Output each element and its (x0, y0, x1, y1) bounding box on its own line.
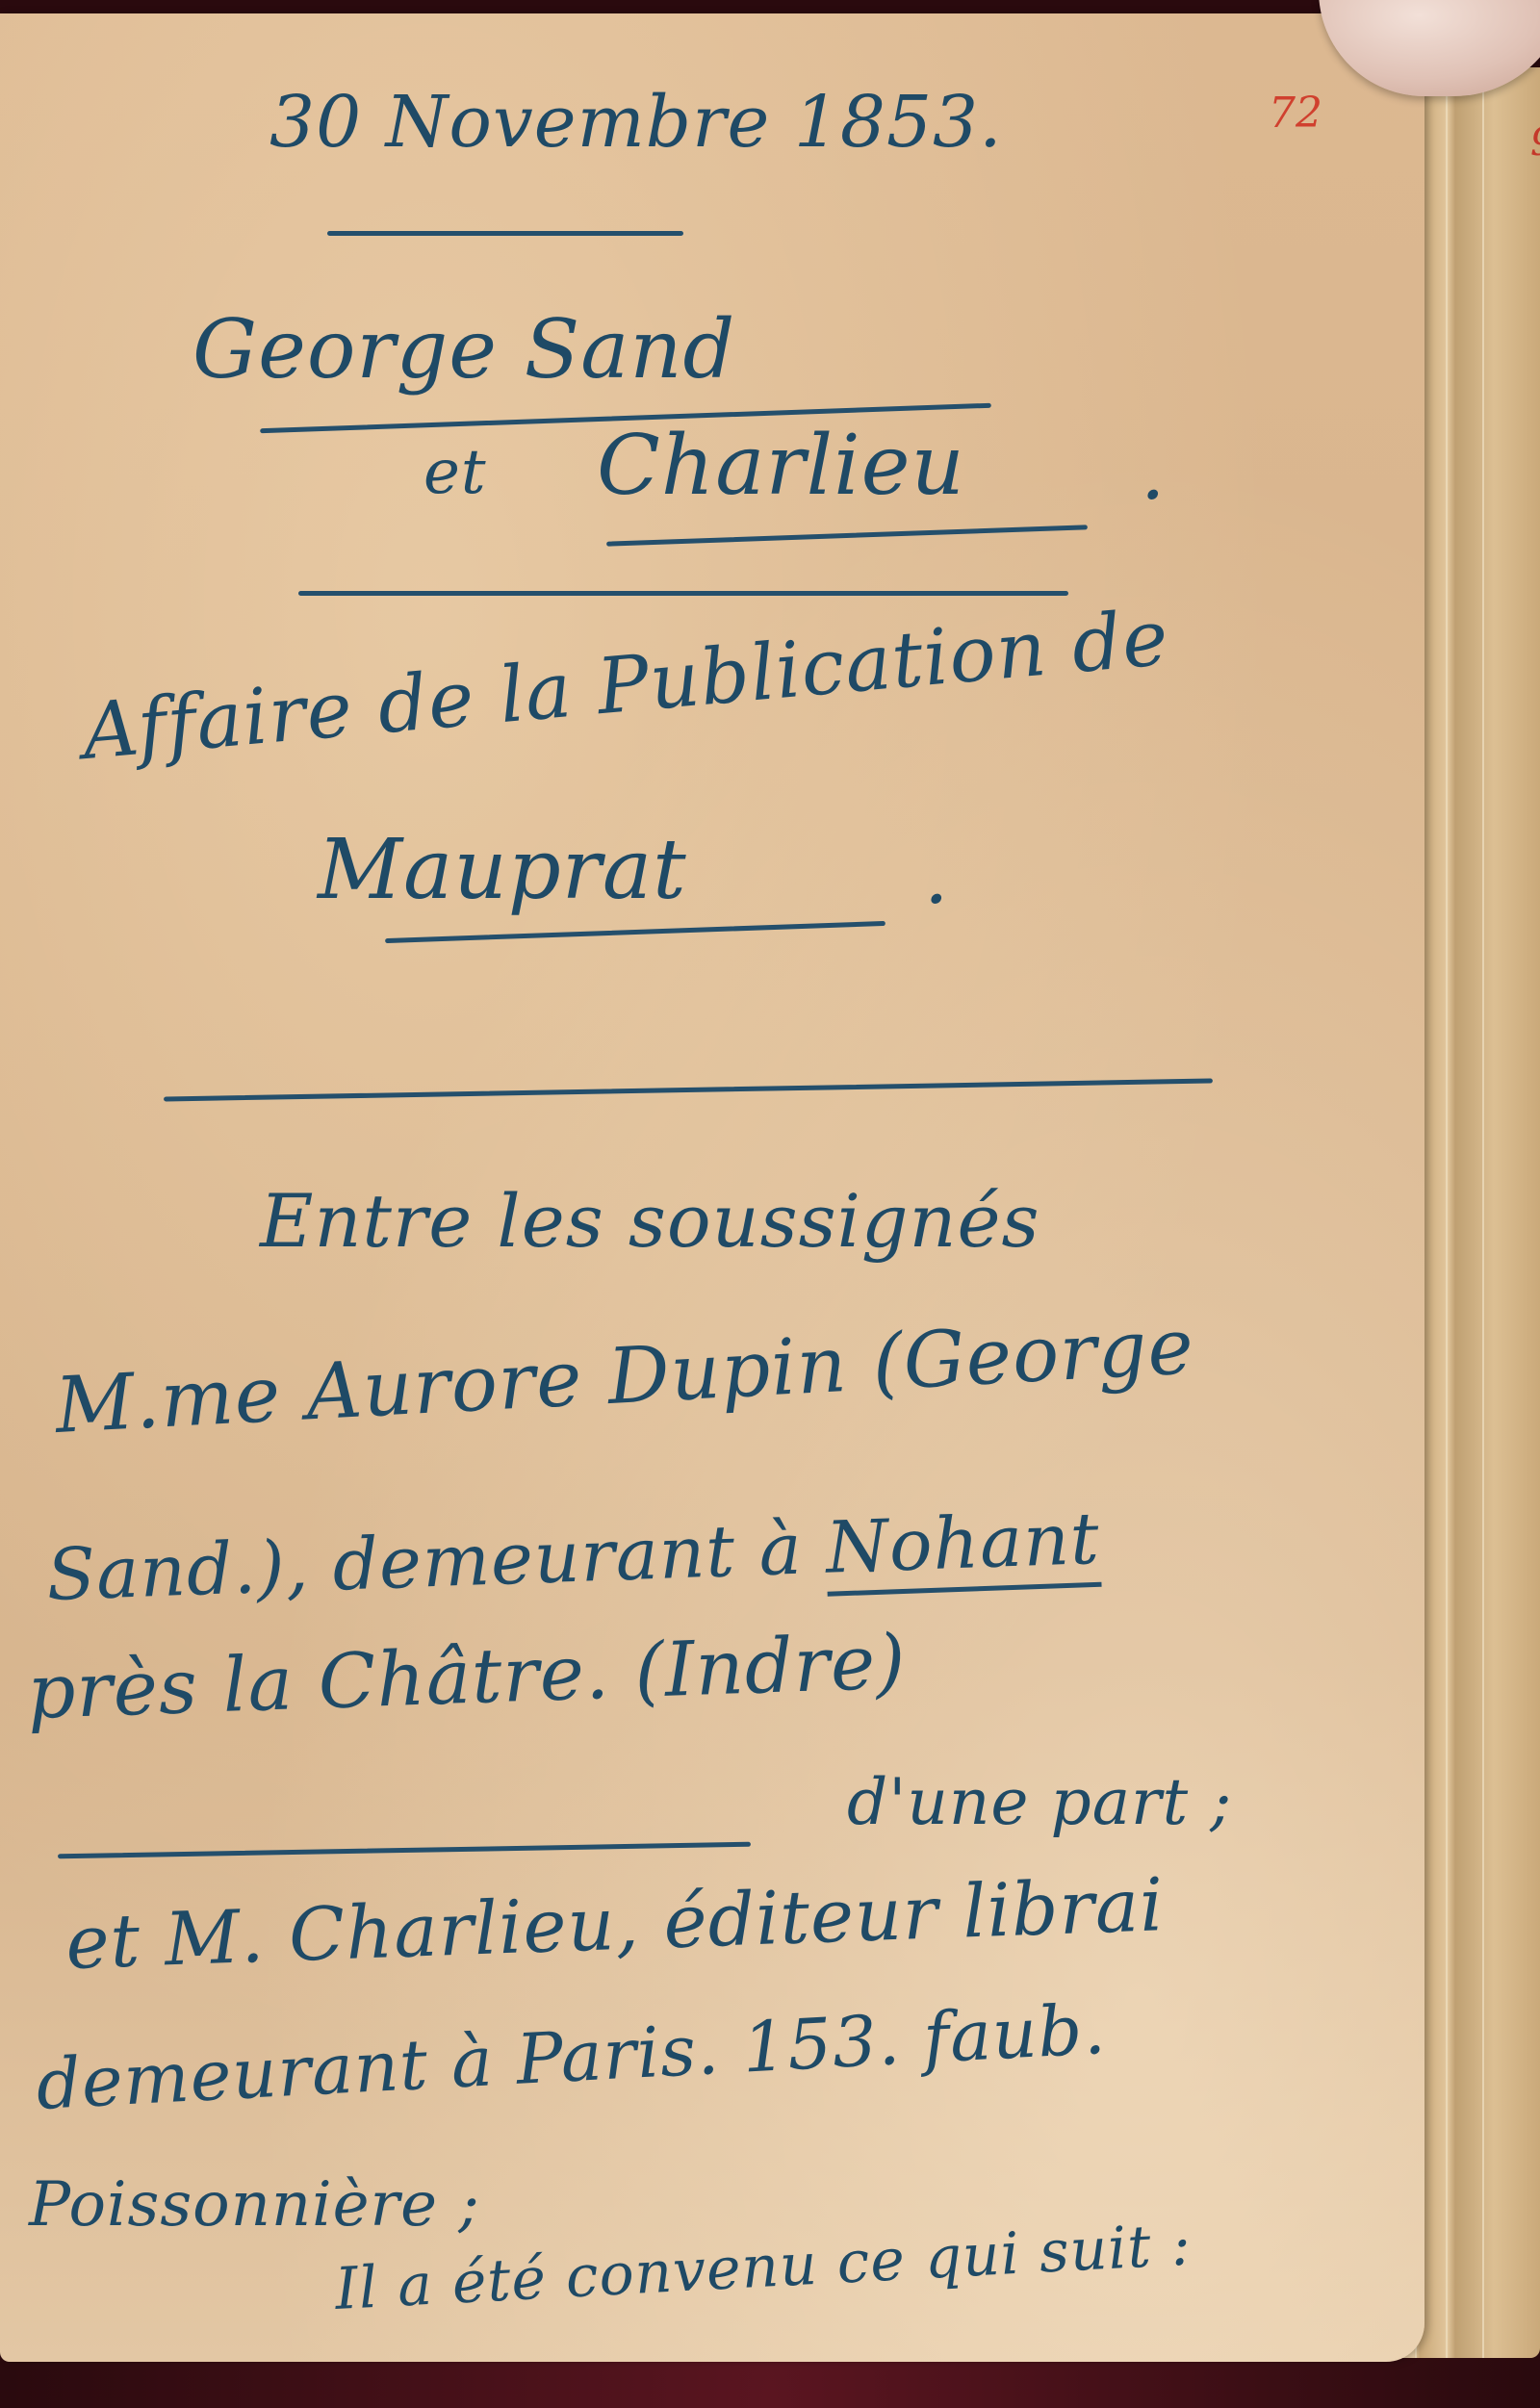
title-underline (385, 921, 885, 943)
parties-connector: et (423, 437, 487, 508)
subject-period: . (924, 832, 949, 921)
second-party-name: Charlieu (597, 418, 965, 514)
first-party-line-a: M.me Aurore Dupin (George (53, 1301, 1196, 1450)
residence-prefix: Sand.), demeurant à (45, 1508, 804, 1617)
divider-rule (298, 591, 1068, 596)
date-line: 30 Novembre 1853. (269, 81, 1003, 164)
party-separator-rule (58, 1842, 751, 1859)
second-party-underline (606, 525, 1088, 546)
first-party-line-c: près la Châtre. (Indre) (26, 1619, 908, 1736)
manuscript-page: 72 30 Novembre 1853. George Sand et Char… (0, 13, 1424, 2362)
first-party-end: d'une part ; (847, 1765, 1232, 1839)
parties-heading-line1: George Sand (192, 302, 735, 397)
opening-phrase: Entre les soussignés (260, 1178, 1039, 1264)
page-edge (1446, 67, 1448, 2358)
heading-period: . (1141, 427, 1166, 517)
first-party-name: George Sand (192, 302, 735, 397)
subject-line: Affaire de la Publication de (79, 593, 1172, 777)
second-party-line-b: demeurant à Paris. 153. faub. (35, 1988, 1109, 2125)
divider-rule (327, 231, 683, 236)
folio-number: 72 (1269, 89, 1322, 138)
first-party-line-b: Sand.), demeurant à Nohant (45, 1498, 1101, 1617)
adjacent-folio-number: 9 (1530, 120, 1540, 165)
second-party-line-c: Poissonnière ; (29, 2169, 480, 2241)
page-edge (1482, 67, 1484, 2358)
residence-place: Nohant (825, 1498, 1102, 1597)
second-party-line-a: et M. Charlieu, éditeur librai (64, 1861, 1166, 1985)
section-divider-rule (164, 1078, 1213, 1101)
work-title: Mauprat (318, 822, 687, 918)
